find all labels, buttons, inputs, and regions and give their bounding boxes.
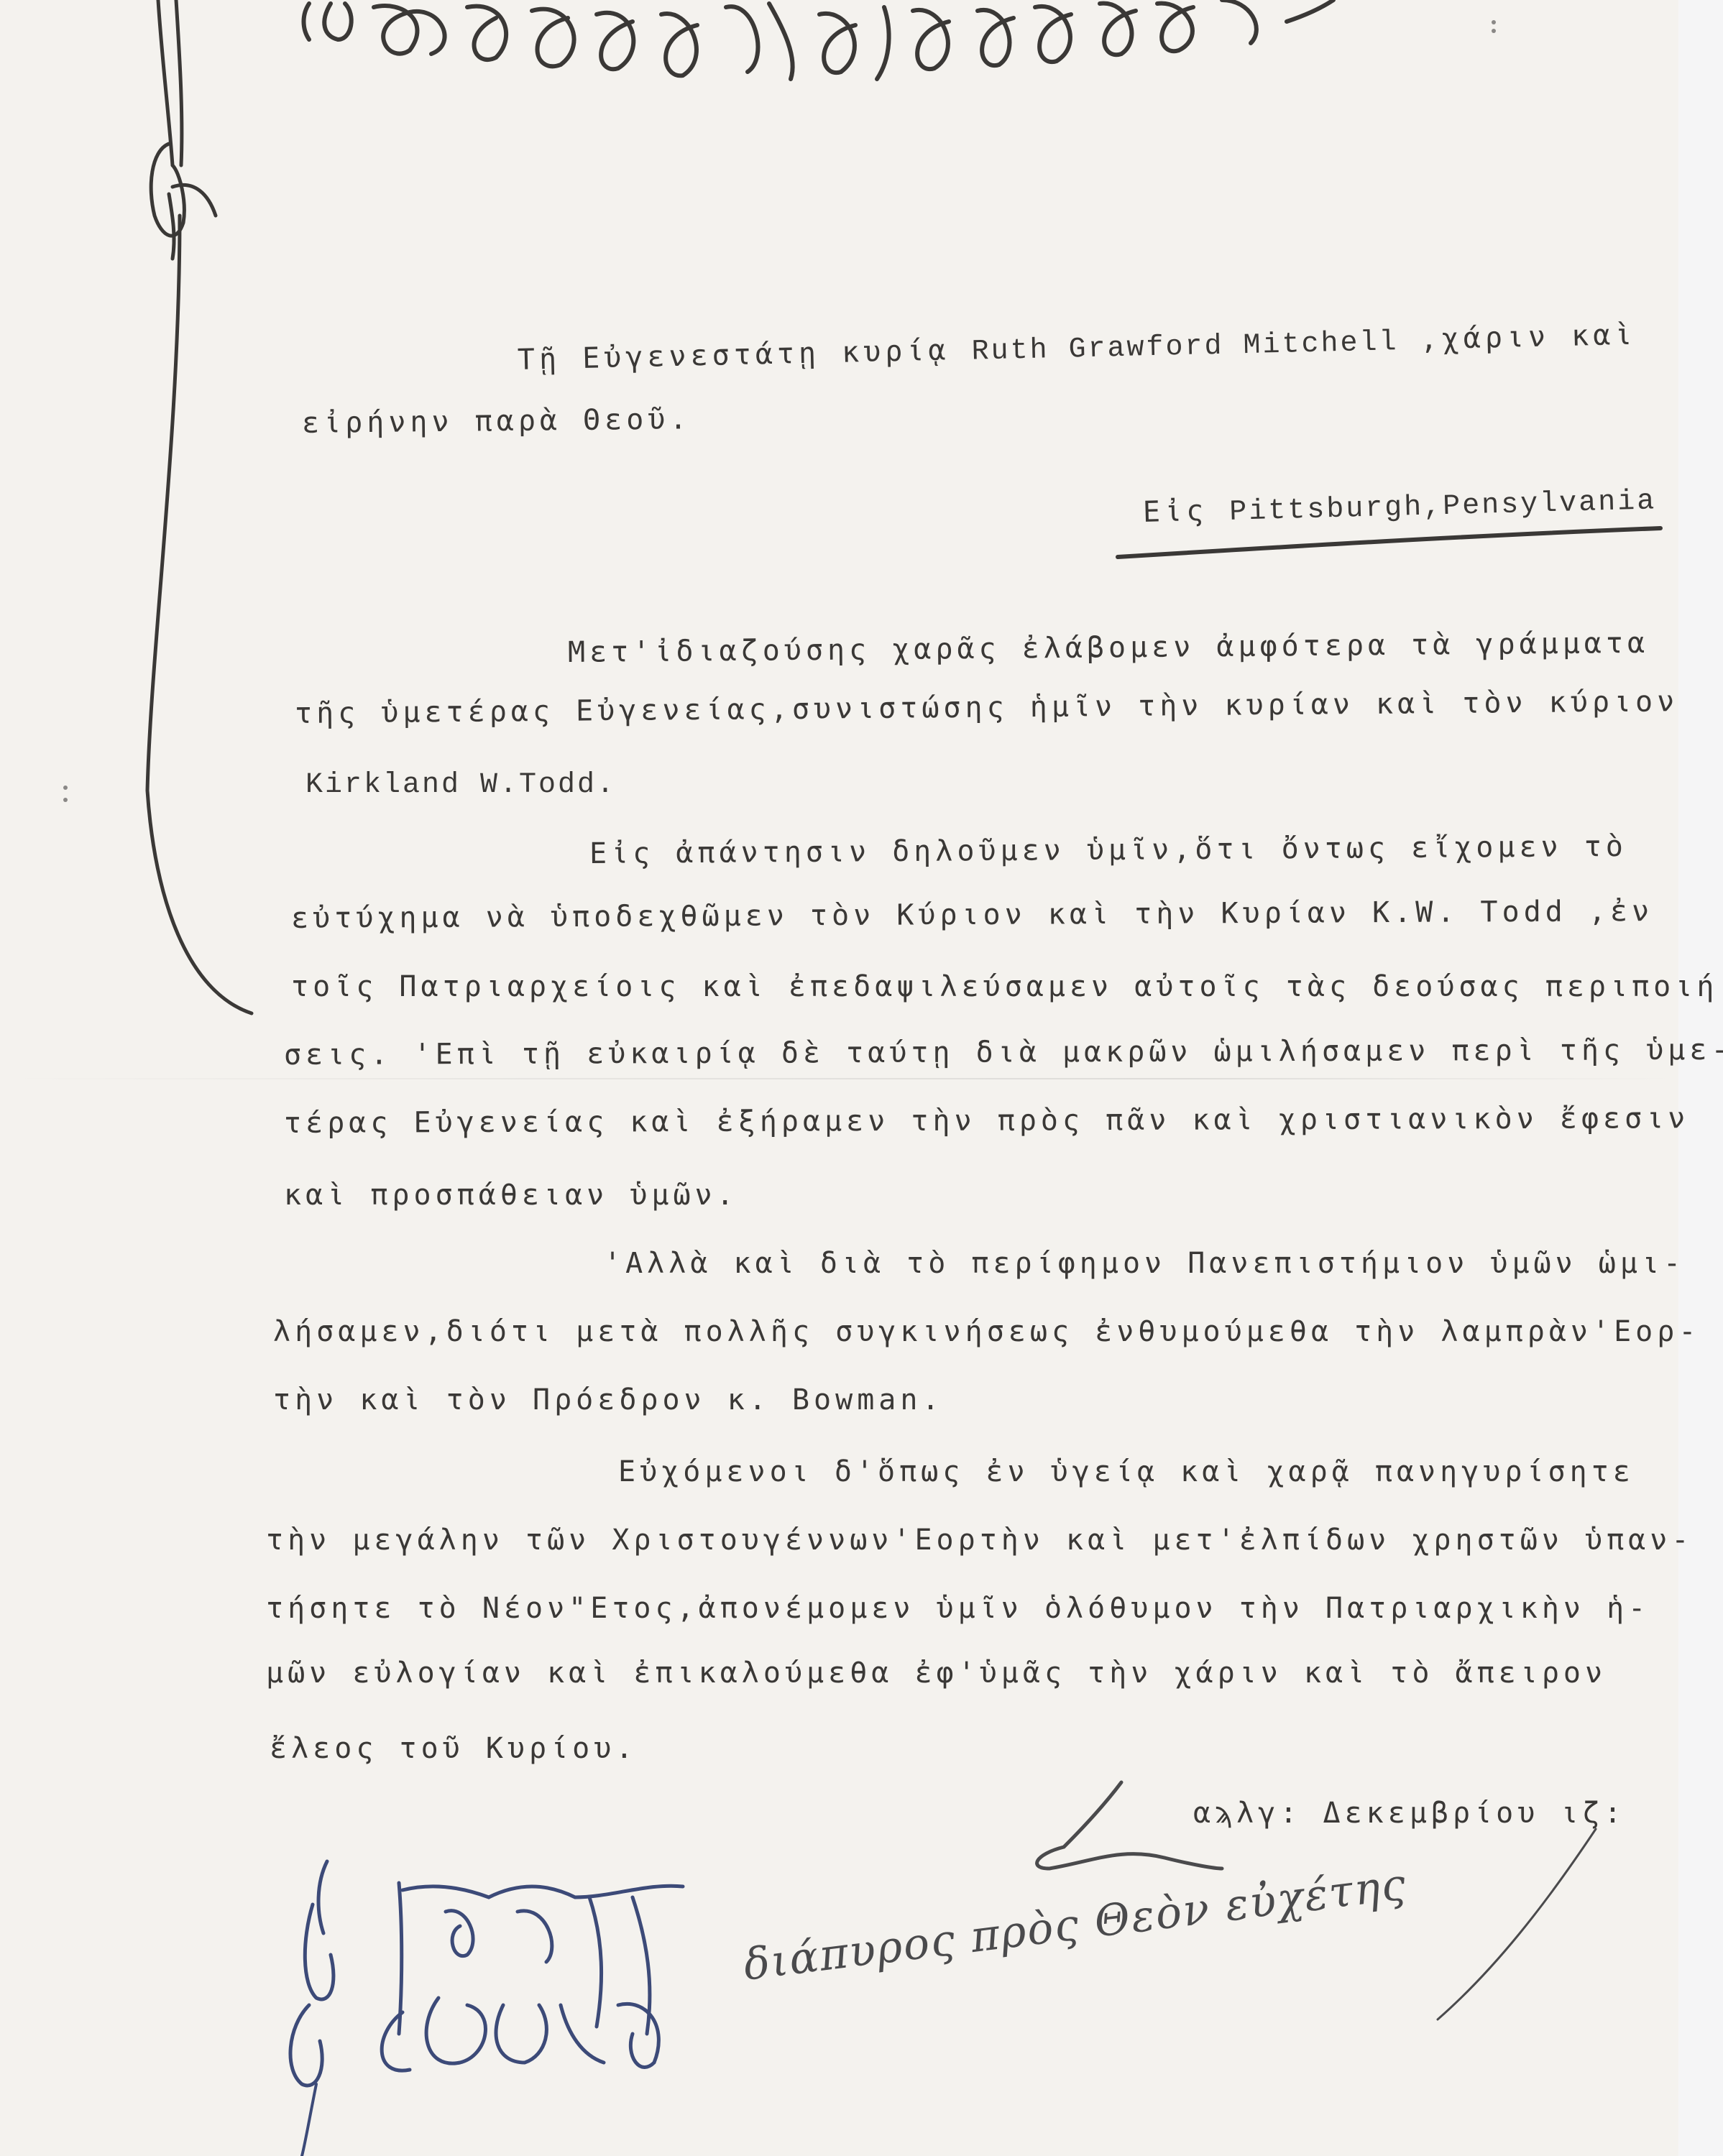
paragraph-3-line-2: λήσαμεν,διότι μετὰ πολλῆς συγκινήσεως ἐν… — [273, 1315, 1700, 1348]
paragraph-4-line-2: τὴν μεγάλην τῶν Χριστουγέννων'Εορτὴν καὶ… — [266, 1524, 1693, 1557]
paragraph-4-line-4: μῶν εὐλογίαν καὶ ἐπικαλούμεθα ἐφ'ὑμᾶς τὴ… — [266, 1657, 1607, 1690]
paper-edge — [1678, 0, 1723, 2156]
paper-fold-line — [0, 1078, 1678, 1079]
addressee-greeting: ,χάριν καὶ — [1420, 318, 1637, 356]
paragraph-2-line-3: τοῖς Πατριαρχείοις καὶ ἐπεδαψιλεύσαμεν α… — [291, 970, 1723, 1003]
paragraph-4-line-1: Εὐχόμενοι δ'ὅπως ἐν ὑγείᾳ καὶ χαρᾷ πανηγ… — [618, 1455, 1635, 1488]
paragraph-3-line-3: τὴν καὶ τὸν Πρόεδρον κ. Bowman. — [273, 1383, 944, 1416]
paragraph-1-line-3: Kirkland W.Todd. — [305, 769, 616, 801]
paragraph-4-line-5: ἔλεος τοῦ Κυρίου. — [270, 1732, 637, 1765]
greeting-line: εἰρήνην παρὰ Θεοῦ. — [302, 402, 692, 440]
paper-speck — [63, 798, 68, 802]
paper-speck — [1492, 29, 1496, 33]
paragraph-2-line-4: σεις. 'Επὶ τῇ εὐκαιρίᾳ δὲ ταύτῃ διὰ μακρ… — [284, 1033, 1723, 1072]
paragraph-2-line-6: καὶ προσπάθειαν ὑμῶν. — [284, 1179, 738, 1212]
dateline: αϡλγ: Δεκεμβρίου ιζ: — [1193, 1797, 1626, 1830]
location-prefix: Εἰς — [1142, 494, 1208, 529]
paragraph-4-line-3: τήσητε τὸ Νέον"Ετος,ἀπονέμομεν ὑμῖν ὁλόθ… — [266, 1592, 1650, 1625]
paragraph-3-line-1: 'Αλλὰ καὶ διὰ τὸ περίφημον Πανεπιστήμιον… — [604, 1247, 1685, 1280]
paper-speck — [63, 786, 68, 790]
paragraph-2-line-5: τέρας Εὐγενείας καὶ ἐξήραμεν τὴν πρὸς πᾶ… — [284, 1102, 1689, 1140]
paper-speck — [1492, 20, 1496, 24]
